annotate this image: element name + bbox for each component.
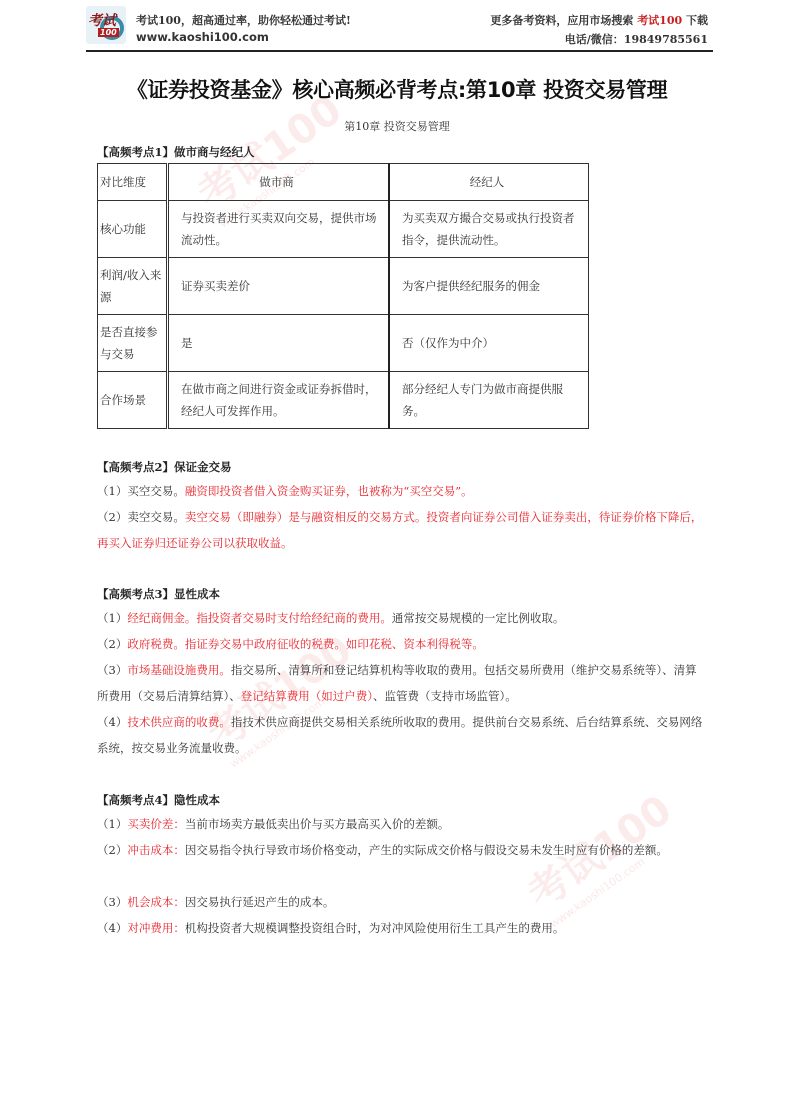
table-cell: 利润/收入来源 (98, 258, 168, 315)
table-row: 核心功能 与投资者进行买卖双向交易，提供市场流动性。 为买卖双方撮合交易或执行投… (98, 201, 589, 258)
promo-app-name: 考试100 (637, 14, 682, 27)
header-promo: 更多备考资料，应用市场搜索 考试100 下载 (490, 12, 708, 28)
table-cell: 核心功能 (98, 201, 168, 258)
logo-badge: 100 (98, 28, 119, 37)
table-cell: 与投资者进行买卖双向交易，提供市场流动性。 (168, 201, 390, 258)
logo-text: 考试 (88, 10, 116, 30)
section-heading-4: 【高频考点4】隐性成本 (97, 792, 220, 808)
list-item: （1）经纪商佣金。指投资者交易时支付给经纪商的费用。通常按交易规模的一定比例收取… (97, 605, 707, 631)
table-header-cell: 经纪人 (389, 164, 589, 201)
list-item: （1）买卖价差：当前市场卖方最低卖出价与买方最高买入价的差额。 (97, 811, 707, 837)
list-item: （1）买空交易。融资即投资者借入资金购买证券，也被称为“买空交易”。 (97, 478, 707, 504)
table-row: 是否直接参与交易 是 否（仅作为中介） (98, 315, 589, 372)
list-item: （2）卖空交易。卖空交易（即融券）是与融资相反的交易方式。投资者向证券公司借入证… (97, 504, 707, 556)
table-cell: 否（仅作为中介） (389, 315, 589, 372)
list-item: （4）对冲费用：机构投资者大规模调整投资组合时，为对冲风险使用衍生工具产生的费用… (97, 915, 707, 941)
list-item: （4）技术供应商的收费。指技术供应商提供交易相关系统所收取的费用。提供前台交易系… (97, 709, 707, 761)
header-slogan: 考试100，超高通过率，助你轻松通过考试! (136, 12, 351, 28)
table-cell: 为买卖双方撮合交易或执行投资者指令，提供流动性。 (389, 201, 589, 258)
table-cell: 在做市商之间进行资金或证券拆借时，经纪人可发挥作用。 (168, 372, 390, 429)
promo-prefix: 更多备考资料，应用市场搜索 (490, 14, 637, 27)
table-cell: 是否直接参与交易 (98, 315, 168, 372)
header-website: www.kaoshi100.com (136, 30, 269, 44)
table-cell: 为客户提供经纪服务的佣金 (389, 258, 589, 315)
header-contact: 电话/微信：19849785561 (565, 31, 708, 47)
list-item: （2）政府税费。指证券交易中政府征收的税费。如印花税、资本利得税等。 (97, 631, 707, 657)
kaoshi100-logo: 考试 100 (86, 6, 126, 44)
table-header-cell: 对比维度 (98, 164, 168, 201)
table-row: 利润/收入来源 证券买卖差价 为客户提供经纪服务的佣金 (98, 258, 589, 315)
list-item: （2）冲击成本：因交易指令执行导致市场价格变动，产生的实际成交价格与假设交易未发… (97, 837, 707, 863)
promo-suffix: 下载 (682, 14, 708, 27)
table-cell: 是 (168, 315, 390, 372)
table-cell: 部分经纪人专门为做市商提供服务。 (389, 372, 589, 429)
table-header-cell: 做市商 (168, 164, 390, 201)
header-divider (86, 50, 713, 52)
section-heading-1: 【高频考点1】做市商与经纪人 (97, 144, 255, 160)
table-cell: 合作场景 (98, 372, 168, 429)
table-header-row: 对比维度 做市商 经纪人 (98, 164, 589, 201)
document-title: 《证券投资基金》核心高频必背考点:第10章 投资交易管理 (0, 74, 794, 104)
list-item: （3）机会成本：因交易执行延迟产生的成本。 (97, 889, 707, 915)
table-cell: 证券买卖差价 (168, 258, 390, 315)
document-subtitle: 第10章 投资交易管理 (0, 118, 794, 134)
page-header: 考试 100 考试100，超高通过率，助你轻松通过考试! www.kaoshi1… (86, 6, 712, 46)
table-row: 合作场景 在做市商之间进行资金或证券拆借时，经纪人可发挥作用。 部分经纪人专门为… (98, 372, 589, 429)
section-heading-2: 【高频考点2】保证金交易 (97, 459, 232, 475)
comparison-table: 对比维度 做市商 经纪人 核心功能 与投资者进行买卖双向交易，提供市场流动性。 … (97, 163, 589, 429)
section-heading-3: 【高频考点3】显性成本 (97, 586, 220, 602)
list-item: （3）市场基础设施费用。指交易所、清算所和登记结算机构等收取的费用。包括交易所费… (97, 657, 707, 709)
